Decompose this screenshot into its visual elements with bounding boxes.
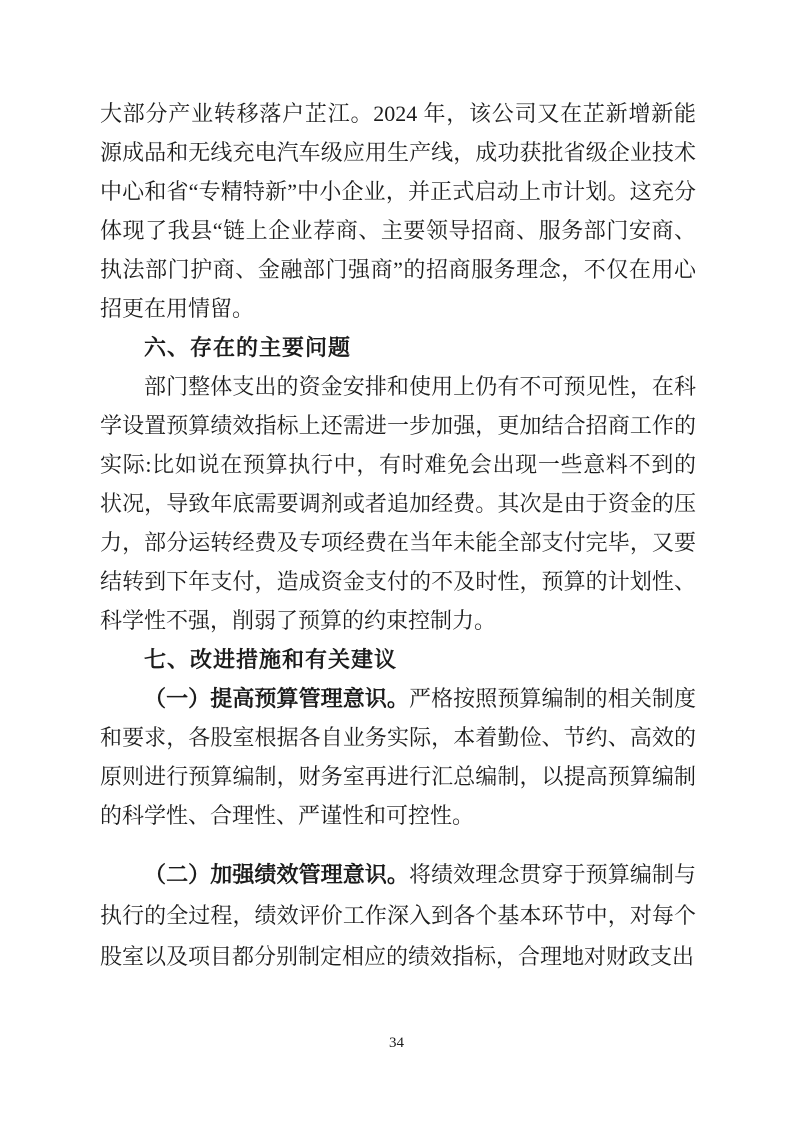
section-heading-main-problems: 六、存在的主要问题 [100,328,696,367]
paragraph-problems: 部门整体支出的资金安排和使用上仍有不可预见性，在科学设置预算绩效指标上还需进一步… [100,367,696,640]
document-body: 大部分产业转移落户芷江。2024 年，该公司又在芷新增新能源成品和无线充电汽车级… [100,94,696,977]
document-page: 大部分产业转移落户芷江。2024 年，该公司又在芷新增新能源成品和无线充电汽车级… [0,0,793,1122]
paragraph-suggestion-1: （一）提高预算管理意识。严格按照预算编制的相关制度和要求，各股室根据各自业务实际… [100,679,696,835]
section-heading-improvement-suggestions: 七、改进措施和有关建议 [100,640,696,679]
paragraph-lead-budget-awareness: （一）提高预算管理意识。 [144,686,409,711]
paragraph-suggestion-2: （二）加强绩效管理意识。将绩效理念贯穿于预算编制与执行的全过程，绩效评价工作深入… [100,854,696,977]
page-number: 34 [0,1035,793,1052]
paragraph-investment-continuation: 大部分产业转移落户芷江。2024 年，该公司又在芷新增新能源成品和无线充电汽车级… [100,94,696,328]
paragraph-lead-performance-awareness: （二）加强绩效管理意识。 [144,862,409,887]
